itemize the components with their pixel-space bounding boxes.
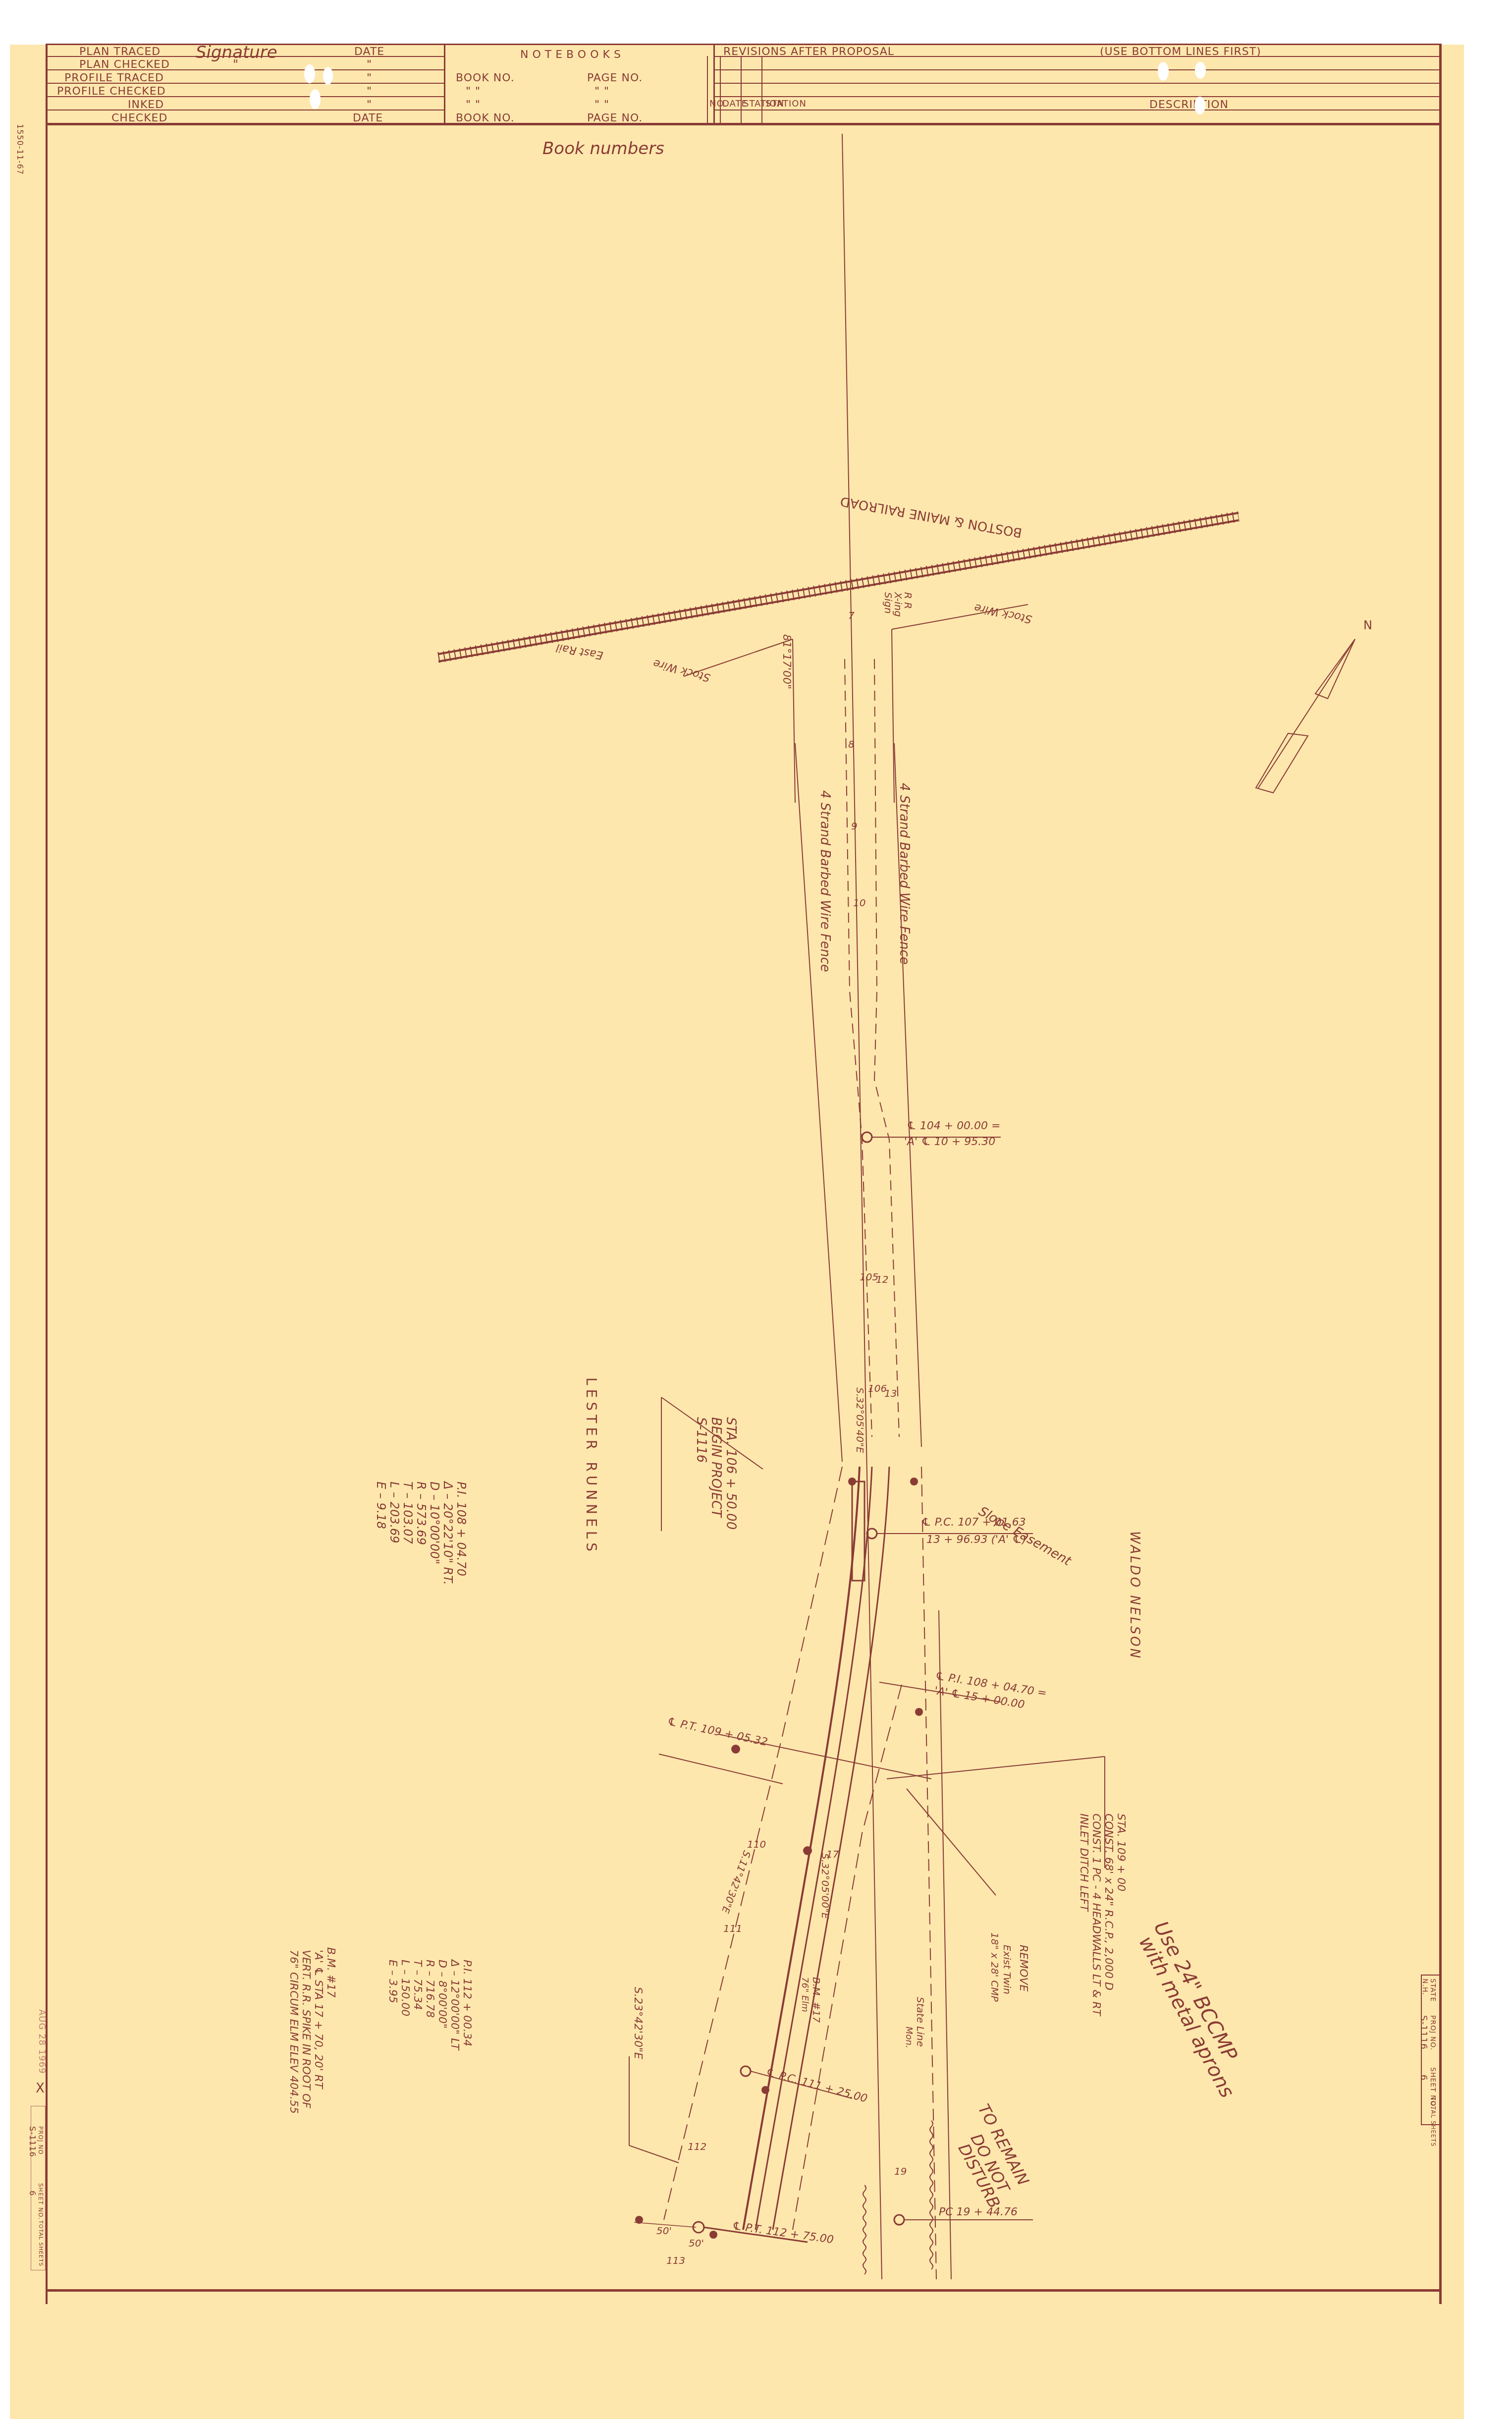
curve-1-delta: Δ – 20°22'10" RT.	[441, 1482, 455, 1585]
total-label: TOTAL SHEETS	[1430, 2097, 1437, 2147]
bm-label-line1: B.M. #17	[810, 1977, 822, 2023]
station-a-19: 19	[894, 2165, 907, 2177]
station-a-17: 17	[826, 1848, 839, 1860]
north-label: N	[1363, 618, 1372, 632]
curve-1-r: R – 573.69	[414, 1482, 428, 1545]
culvert-line3: CONST. 1 PC - 4 HEADWALLS LT & RT	[1090, 1814, 1102, 2016]
owner-right: WALDO NELSON	[1127, 1531, 1142, 1660]
culvert-line4: INLET DITCH LEFT	[1078, 1814, 1090, 1912]
begin-project-line2: BEGIN PROJECT	[708, 1417, 723, 1517]
curve-1-e: E – 9.18	[374, 1482, 388, 1529]
curve-1-l: L – 203.69	[387, 1482, 401, 1543]
station-main-112: 112	[688, 2141, 706, 2152]
left-proj-value: S-1116	[28, 2126, 37, 2157]
begin-project-line1: STA. 106 + 50.00	[723, 1417, 738, 1530]
curve-2-r: R – 716.78	[424, 1960, 436, 2018]
left-stamp-box: PROJ NO S-1116 SHEET NO. 6 TOTAL SHEETS	[31, 2106, 46, 2270]
bm-line2: VERT. R.R. SPIKE IN ROOT OF	[300, 1950, 312, 2108]
station-a-13: 13	[884, 1387, 897, 1399]
received-date-stamp: AUG 28 1969	[37, 2009, 47, 2074]
state-label: STATE	[1429, 1979, 1437, 2002]
begin-project-line3: S-1116	[694, 1417, 708, 1463]
culvert-line1: STA. 109 + 00	[1115, 1814, 1127, 1891]
curve-1-d: D – 10°00'00"	[428, 1482, 441, 1564]
dimension-50: 50'	[689, 2237, 704, 2249]
curve-2-delta: Δ – 12°00'00" LT	[448, 1960, 461, 2050]
station-main-110: 110	[747, 1838, 766, 1850]
station-a-12: 12	[876, 1273, 888, 1285]
station-a-7: 7	[848, 609, 855, 621]
remove-line3: 18" x 28' CMP	[989, 1932, 1001, 2002]
station-a-8: 8	[848, 738, 855, 750]
bearing-4: S.23°42'30"E	[632, 1987, 644, 2059]
remove-line1: REMOVE	[1017, 1945, 1029, 1991]
curve-1-pi: P.I. 108 + 04.70	[454, 1482, 468, 1576]
check-mark: X	[36, 2081, 45, 2096]
curve-2-l: L – 150.00	[399, 1960, 411, 2016]
fence-label-left: 4 Strand Barbed Wire Fence	[817, 790, 832, 972]
curve-2-d: D – 8°00'00"	[436, 1960, 448, 2029]
bearing-1: S.32°05'40"E	[854, 1387, 866, 1453]
right-project-stamp: STATE N.H. PROJ NO. S-1116 SHEET NO. 6 T…	[1421, 1975, 1441, 2125]
rr-sign-label: Sign	[882, 592, 894, 614]
bm-label-line2: 76" Elm	[800, 1977, 810, 2012]
plan-linework	[0, 0, 1512, 2419]
state-value: N.H.	[1421, 1979, 1429, 1995]
crossing-angle: 81°17'00"	[780, 634, 793, 689]
state-line-label: State Line	[915, 1997, 926, 2047]
left-sheet-label: SHEET NO.	[37, 2183, 44, 2220]
bearing-3: S.32°05'00"E	[819, 1853, 831, 1919]
bm-line1: 'A' ℄ STA 17 + 70, 20' RT	[312, 1950, 324, 2089]
proj-label: PROJ NO.	[1429, 2015, 1437, 2050]
sheet-value: 6	[1418, 2075, 1429, 2081]
dimension-50: 50'	[656, 2225, 672, 2237]
proj-value: S-1116	[1418, 2015, 1429, 2050]
remove-line2: Exist Twin	[1001, 1945, 1013, 1994]
bm-line3: 76" CIRCUM ELM ELEV 404.55	[287, 1950, 300, 2114]
eq-104-line2: 'A' ℄ 10 + 95.30	[904, 1136, 995, 1148]
station-main-111: 111	[723, 1923, 742, 1934]
state-line-mon: Mon.	[904, 2027, 914, 2048]
curve-2-pi: P.I. 112 + 00.34	[461, 1960, 473, 2046]
left-total-label: TOTAL SHEETS	[38, 2220, 44, 2266]
left-proj-label: PROJ NO	[37, 2126, 44, 2155]
curve-2-t: T – 75.34	[411, 1960, 424, 2010]
left-sheet-value: 6	[28, 2191, 37, 2196]
owner-left: LESTER RUNNELS	[583, 1377, 599, 1555]
pc-19-label: PC 19 + 44.76	[939, 2206, 1018, 2218]
fence-label-right: 4 Strand Barbed Wire Fence	[897, 783, 912, 965]
railroad-track	[438, 513, 1239, 661]
culvert-line2: CONST. 68' x 24" R.C.P., 2,000 D	[1102, 1814, 1115, 1990]
station-main-113: 113	[666, 2254, 685, 2266]
curve-2-e: E – 3.95	[386, 1960, 399, 2003]
eq-104-line1: ℄ 104 + 00.00 =	[907, 1120, 1001, 1132]
station-a-10: 10	[853, 897, 865, 909]
station-a-9: 9	[851, 820, 858, 832]
curve-1-t: T – 103.07	[401, 1482, 415, 1544]
bm-title: B.M. #17	[324, 1947, 337, 1997]
north-arrow-icon	[1256, 639, 1355, 793]
